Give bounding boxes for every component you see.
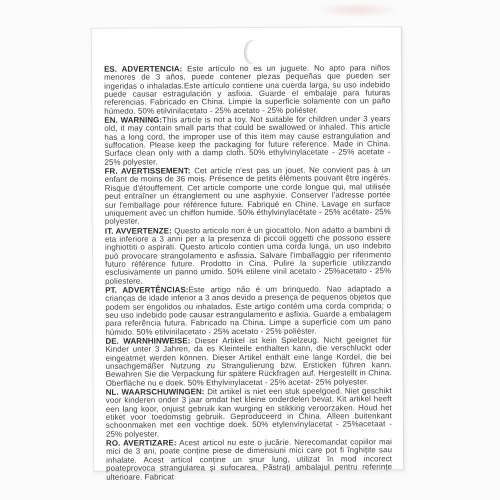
- warning-text-block: ES. ADVERTENCIA: Este artículo no es un …: [104, 64, 392, 482]
- warning-section-en: EN. WARNING:This article is not a toy. N…: [104, 115, 390, 167]
- warning-section-it: IT. AVVERTENZE: Questo articolo non è un…: [105, 226, 391, 286]
- warning-body-fr: Cet article n'est pas un jouet. Ne convi…: [105, 165, 391, 226]
- warning-section-de: DE. WARNHINWEISE: Dieser Artikel ist kei…: [105, 336, 391, 388]
- warning-body-it: Questo articolo non è un giocattolo. Non…: [105, 225, 391, 286]
- warning-section-fr: FR. AVERTISSEMENT: Cet article n'est pas…: [105, 166, 391, 226]
- warning-section-ro: RO. AVERTIZARE: Acest articol nu este o …: [106, 438, 392, 481]
- warning-section-pt: PT. ADVERTÊNCIAS:Este artigo não é um br…: [105, 285, 391, 337]
- warning-hang-tag: ES. ADVERTENCIA: Este artículo no es un …: [91, 26, 404, 472]
- warning-section-es: ES. ADVERTENCIA: Este artículo no es un …: [104, 64, 390, 116]
- pink-smudge-artifact: [318, 3, 396, 17]
- warning-section-nl: NL. WAARSCHUWINGEN: Dit artikel is niet …: [106, 387, 392, 439]
- photo-background: ES. ADVERTENCIA: Este artículo no es un …: [0, 0, 500, 500]
- punch-hole: [243, 39, 260, 64]
